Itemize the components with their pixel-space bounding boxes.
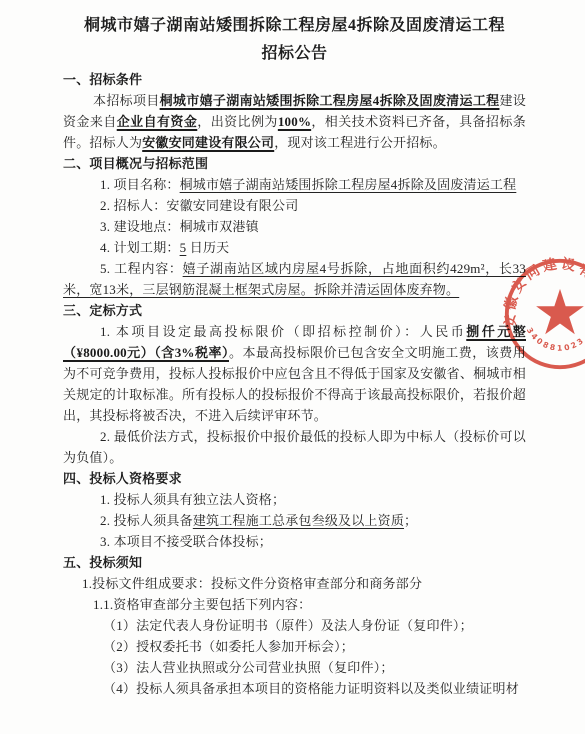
item-schedule: 4. 计划工期：5 日历天 xyxy=(63,237,526,258)
section-5-heading: 五、投标须知 xyxy=(63,552,526,573)
item-label: 4. 计划工期： xyxy=(100,240,180,255)
section-1-paragraph: 本招标项目桐城市嬉子湖南站矮围拆除工程房屋4拆除及固废清运工程建设资金来自企业自… xyxy=(63,90,526,153)
text-run: ，出资比例为 xyxy=(197,114,278,129)
text-run: ，现对该工程进行公开招标。 xyxy=(274,135,446,150)
notice-subitem-2: （2）授权委托书（如委托人参加开标会）； xyxy=(63,636,526,657)
section-2-heading: 二、项目概况与招标范围 xyxy=(63,153,526,174)
run-fund-ratio: 100% xyxy=(278,114,311,129)
run-qualification-level: 建筑工程施工总承包叁级及以上资质 xyxy=(193,513,404,528)
text-run: 1. 本项目设定最高投标限价（即招标控制价）：人民币 xyxy=(100,324,466,339)
text-run: 2. 投标人须具备 xyxy=(100,513,193,528)
item-scope: 5. 工程内容：嬉子湖南站区域内房屋4号拆除，占地面积约429m²，长33米，宽… xyxy=(63,258,526,300)
section-3-paragraph-2: 2. 最低价法方式，投标报价中报价最低的投标人即为中标人（投标价可以为负值）。 xyxy=(63,426,526,468)
item-label: 1. 项目名称： xyxy=(100,177,180,192)
run-tenderer-name: 安徽安同建设有限公司 xyxy=(142,135,274,150)
item-value-project-name: 桐城市嬉子湖南站矮围拆除工程房屋4拆除及固废清运工程 xyxy=(180,177,517,192)
text-run: ； xyxy=(404,513,417,528)
item-label: 5. 工程内容： xyxy=(100,261,183,276)
notice-item-1-1: 1.1.资格审查部分主要包括下列内容： xyxy=(63,594,526,615)
notice-subitem-1: （1）法定代表人身份证明书（原件）及法人身份证（复印件）； xyxy=(63,615,526,636)
item-location: 3. 建设地点：桐城市双港镇 xyxy=(63,216,526,237)
section-1-heading: 一、招标条件 xyxy=(63,69,526,90)
notice-item-1: 1.投标文件组成要求：投标文件分资格审查部分和商务部分 xyxy=(63,573,526,594)
item-unit: 日历天 xyxy=(186,240,229,255)
section-3-paragraph-1: 1. 本项目设定最高投标限价（即招标控制价）：人民币捌仟元整（¥8000.00元… xyxy=(63,321,526,426)
document-title-line1: 桐城市嬉子湖南站矮围拆除工程房屋4拆除及固废清运工程 xyxy=(63,13,526,38)
item-tenderer: 2. 招标人：安徽安同建设有限公司 xyxy=(63,195,526,216)
document-content: 桐城市嬉子湖南站矮围拆除工程房屋4拆除及固废清运工程 招标公告 一、招标条件 本… xyxy=(0,0,585,699)
run-project-name: 桐城市嬉子湖南站矮围拆除工程房屋4拆除及固废清运工程 xyxy=(160,93,500,108)
item-project-name: 1. 项目名称：桐城市嬉子湖南站矮围拆除工程房屋4拆除及固废清运工程 xyxy=(63,174,526,195)
text-run: 本招标项目 xyxy=(93,93,160,108)
document-page: 桐城市嬉子湖南站矮围拆除工程房屋4拆除及固废清运工程 招标公告 一、招标条件 本… xyxy=(0,0,585,734)
run-fund-source: 企业自有资金 xyxy=(117,114,198,129)
notice-subitem-3: （3）法人营业执照或分公司营业执照（复印件）； xyxy=(63,657,526,678)
section-4-heading: 四、投标人资格要求 xyxy=(63,468,526,489)
item-qualification-3: 3. 本项目不接受联合体投标； xyxy=(63,531,526,552)
notice-subitem-4: （4）投标人须具备承担本项目的资格能力证明资料以及类似业绩证明材 xyxy=(63,678,526,699)
item-qualification-2: 2. 投标人须具备建筑工程施工总承包叁级及以上资质； xyxy=(63,510,526,531)
item-qualification-1: 1. 投标人须具有独立法人资格； xyxy=(63,489,526,510)
document-title-line2: 招标公告 xyxy=(63,41,526,66)
section-3-heading: 三、定标方式 xyxy=(63,300,526,321)
